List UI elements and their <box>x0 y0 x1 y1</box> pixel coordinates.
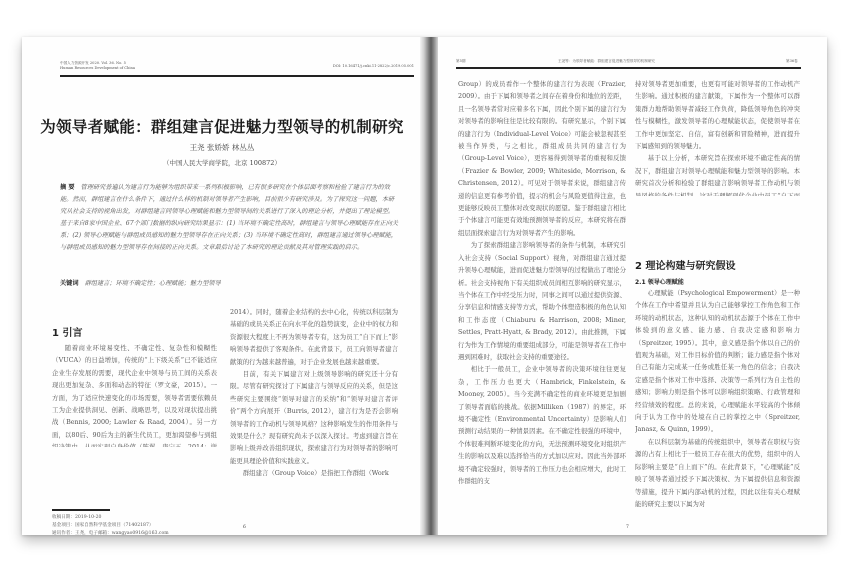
abstract: 摘 要管理研究普遍认为建言行为能够为组织带来一系列积极影响，已有很多研究在个体层… <box>60 182 400 254</box>
paragraph: 相比于一般员工，企业中领导者的决策环境往往更复杂，工作压力也更大（Hambric… <box>458 363 626 487</box>
open-journal-spread: 中国人力资源开发 2020. Vol. 36. No. 5 Human Reso… <box>22 37 827 535</box>
section-2-heading: 2 理论构建与研究假设 <box>635 257 735 272</box>
doi: DOI: 10.16471/j.cnki.11-2822/c.2019.05.0… <box>333 64 414 69</box>
book-spine <box>420 37 440 535</box>
right-column-2-bottom: 心理赋能（Psychological Empowerment）是一种个体在工作中… <box>635 287 800 517</box>
left-column-1: 随着商业环境易变性、不确定性、复杂性和模糊性（VUCA）的日益增加，传统的“上下… <box>52 342 217 447</box>
intro-paragraph: 随着商业环境易变性、不确定性、复杂性和模糊性（VUCA）的日益增加，传统的“上下… <box>52 342 217 447</box>
subsection-2-1-heading: 2.1 领导心理赋能 <box>635 277 684 286</box>
page-number: 7 <box>626 525 629 530</box>
footnote-received: 收稿日期：2019-10-20 <box>52 514 101 522</box>
authors: 王尧 张娇娇 林丛丛 <box>22 142 422 153</box>
issue-number: 第5期 <box>456 59 465 64</box>
paragraph: 持对领导者更加重要，也更有可能对领导者的工作动机产生影响。通过积极的建言献策，下… <box>635 78 800 152</box>
keywords-label: 关键词 <box>60 280 79 287</box>
footnote-fund: 基金项目：国家自然科学基金项目（71402187） <box>52 522 153 530</box>
header-rule <box>60 75 414 77</box>
abstract-text: 管理研究普遍认为建言行为能够为组织带来一系列积极影响，已有很多研究在个体层面考察… <box>60 184 398 251</box>
footnote-rule <box>52 509 110 511</box>
page-number: 6 <box>243 525 246 530</box>
left-page: 中国人力资源开发 2020. Vol. 36. No. 5 Human Reso… <box>22 37 422 535</box>
abstract-label: 摘 要 <box>60 184 75 191</box>
running-title: 王尧等：为领导者赋能：群组建言促进魅力型领导的机制研究 <box>558 59 655 64</box>
journal-name-en: Human Resources Development of China <box>60 66 135 71</box>
paragraph: 在以科层制为基础的传统组织中，领导者在职权与资源的占有上相比于一般员工存在很大的… <box>635 436 800 510</box>
paragraph: 群组建言（Group Voice）是指把工作群组（Work <box>230 467 398 479</box>
affiliation: （中国人民大学商学院，北京 100872） <box>22 158 422 167</box>
paragraph: 为了探索群组建言影响领导者的条件与机制，本研究引入社会支持（Social Sup… <box>458 239 626 363</box>
paragraph: 2014）。同时，随着企业结构的去中心化，传统以科层制为基础的或员关系正在向水平… <box>230 306 398 368</box>
paragraph: 心理赋能（Psychological Empowerment）是一种个体在工作中… <box>635 287 800 436</box>
left-column-2: 2014）。同时，随着企业结构的去中心化，传统以科层制为基础的或员关系正在向水平… <box>230 306 398 535</box>
paragraph: Group）的成员看作一个整体的建言行为表现（Frazier, 2009）。由于… <box>458 78 626 239</box>
section-1-heading: 1 引言 <box>52 324 82 339</box>
header-rule <box>456 67 801 69</box>
article-title: 为领导者赋能：群组建言促进魅力型领导的机制研究 <box>22 115 422 137</box>
keywords-text: 群组建言；环境不确定性；心理赋能；魅力型领导 <box>85 280 221 287</box>
paragraph: 目前，有关下属建言对上级领导影响的研究还十分有限。尽管有研究探讨了下属建言与领导… <box>230 368 398 467</box>
footnote-corresponding: 通讯作者：王尧，电子邮箱：wangyao0916@163.com <box>52 530 169 535</box>
right-column-1: Group）的成员看作一个整体的建言行为表现（Frazier, 2009）。由于… <box>458 78 626 535</box>
paragraph: 基于以上分析，本研究旨在探索环境不确定性高的情况下，群组建言对领导心理赋能和魅力… <box>635 152 800 196</box>
right-column-2-top: 持对领导者更加重要，也更有可能对领导者的工作动机产生影响。通过积极的建言献策，下… <box>635 78 800 196</box>
volume-number: 第36卷 <box>786 59 798 64</box>
right-page: 第5期 王尧等：为领导者赋能：群组建言促进魅力型领导的机制研究 第36卷 Gro… <box>438 37 827 535</box>
keywords: 关键词群组建言；环境不确定性；心理赋能；魅力型领导 <box>60 279 400 289</box>
